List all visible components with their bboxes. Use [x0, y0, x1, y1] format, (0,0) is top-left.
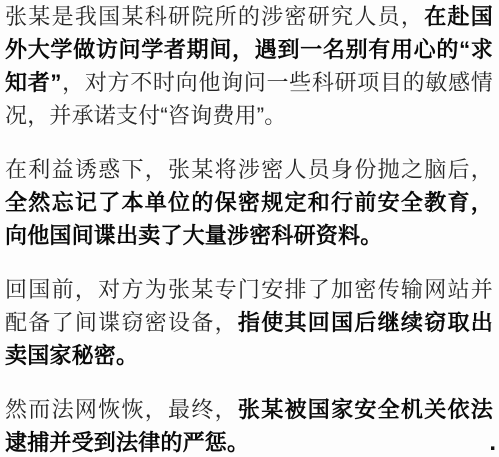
text-segment-bold: 全然忘记了本单位的保密规定和行前安全教育，向他国间谍出卖了大量涉密科研资料。 — [5, 190, 493, 248]
paragraph-1: 张某是我国某科研院所的涉密研究人员，在赴国外大学做访问学者期间，遇到一名别有用心… — [5, 0, 493, 132]
text-segment: ，对方不时向他询问一些科研项目的敏感情况，并承诺支付“咨询费用”。 — [5, 70, 493, 128]
text-segment: 张某是我国某科研院所的涉密研究人员， — [5, 4, 424, 29]
text-segment: 然而法网恢恢，最终， — [5, 397, 238, 422]
paragraph-3: 回国前，对方为张某专门安排了加密传输网站并配备了间谍窃密设备，指使其回国后继续窃… — [5, 273, 493, 372]
article-page: 张某是我国某科研院所的涉密研究人员，在赴国外大学做访问学者期间，遇到一名别有用心… — [0, 0, 499, 457]
text-segment: 在利益诱惑下，张某将涉密人员身份抛之脑后， — [5, 157, 493, 182]
stray-period: . — [489, 431, 496, 455]
paragraph-4: 然而法网恢恢，最终，张某被国家安全机关依法逮捕并受到法律的严惩。 — [5, 393, 493, 457]
paragraph-2: 在利益诱惑下，张某将涉密人员身份抛之脑后，全然忘记了本单位的保密规定和行前安全教… — [5, 153, 493, 252]
